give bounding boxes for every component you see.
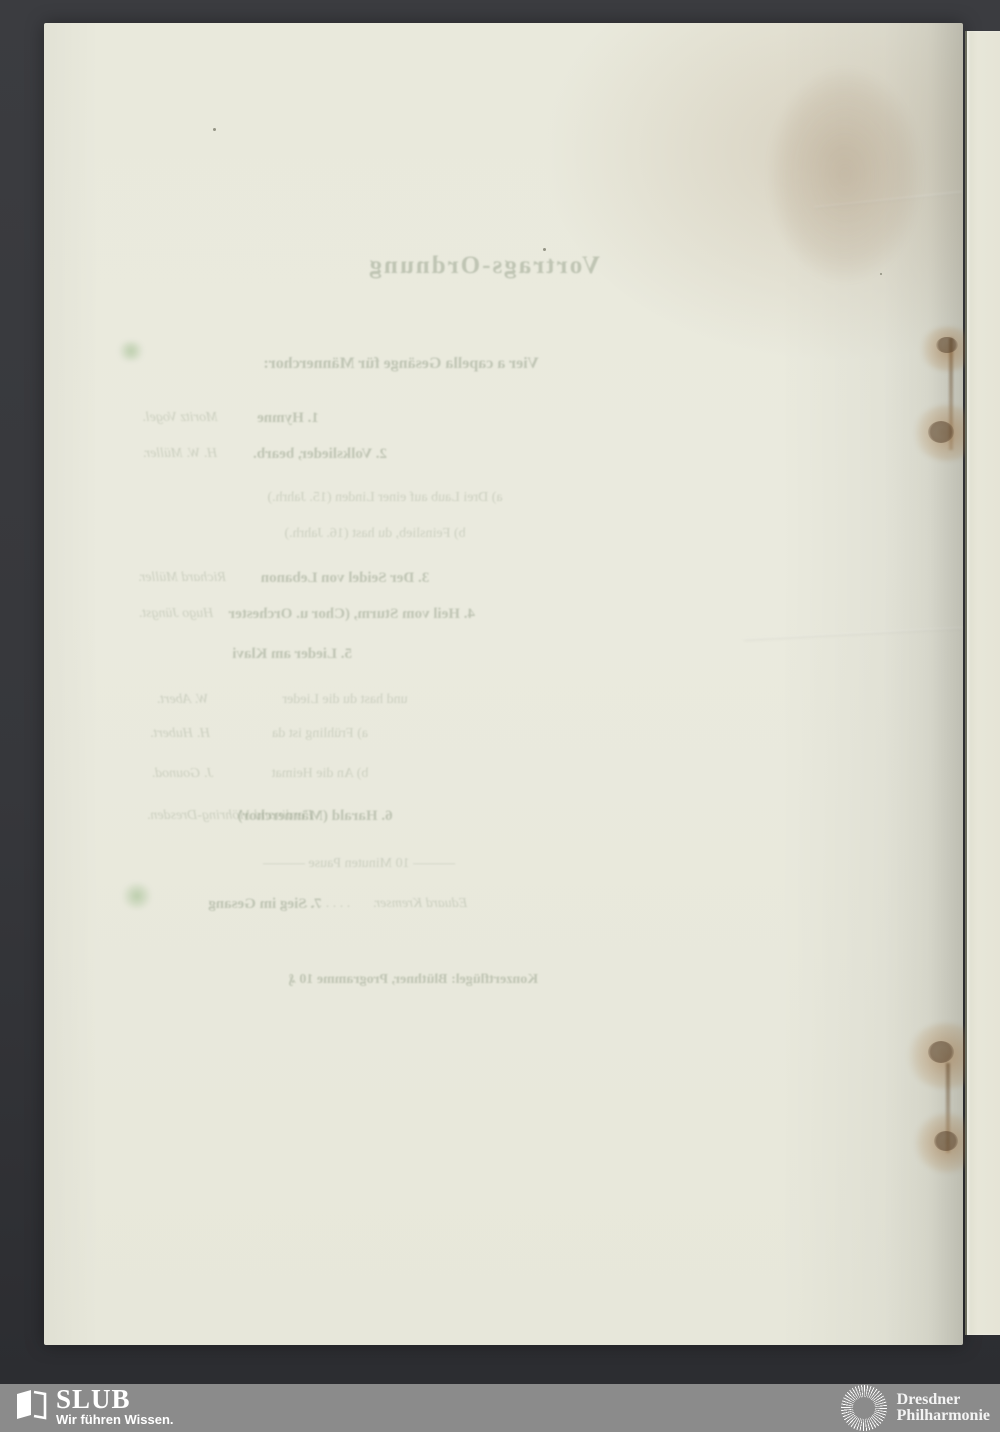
scan-page-recto-edge xyxy=(965,31,1000,1335)
bleedthrough-text-line: Eduard Kremser. xyxy=(367,896,473,911)
bleedthrough-text-line: H. Hubert. xyxy=(135,726,225,741)
bleedthrough-text-line: 3. Der Seidel von Lebanon xyxy=(240,570,450,587)
slub-tagline: Wir führen Wissen. xyxy=(56,1413,174,1427)
bleedthrough-text-line: Hugo Jüngst. xyxy=(130,606,222,621)
paper-speck xyxy=(543,248,546,251)
fold-shadow xyxy=(884,23,963,1345)
bleedthrough-text-line: W. Abert. xyxy=(135,692,230,707)
starburst-icon xyxy=(841,1385,887,1431)
bleedthrough-text-line: H. W. Müller. xyxy=(128,446,232,461)
philharmonie-logo[interactable]: Dresdner Philharmonie xyxy=(841,1385,990,1431)
book-icon xyxy=(14,1389,48,1421)
bleedthrough-text-line: Ferdinand Möhring-Dresden. xyxy=(130,808,330,823)
green-smudge xyxy=(120,883,154,909)
philharmonie-wordmark-line2: Philharmonie xyxy=(897,1408,990,1424)
starburst-center xyxy=(853,1397,875,1419)
bleedthrough-layer: Vortrags-OrdnungVier a capella Gesänge f… xyxy=(44,23,963,1345)
green-smudge xyxy=(116,341,146,361)
bleedthrough-text-line: und hast du die Lieder xyxy=(270,692,420,707)
scanned-document: Vortrags-OrdnungVier a capella Gesänge f… xyxy=(44,23,1000,1345)
bleedthrough-text-line: 2. Volkslieder, bearb. xyxy=(240,446,400,463)
bleedthrough-text-line: a) Drei Laub auf einer Linden (15. Jahrh… xyxy=(265,490,505,505)
bleedthrough-text-line: Vortrags-Ordnung xyxy=(368,252,600,280)
bleedthrough-text-line: b) Feinslieb, du hast (16. Jahrh.) xyxy=(280,526,470,541)
bleedthrough-text-line: J. Gounod. xyxy=(140,766,225,781)
scan-page-verso: Vortrags-OrdnungVier a capella Gesänge f… xyxy=(44,23,963,1345)
philharmonie-wordmark-line1: Dresdner xyxy=(897,1392,990,1408)
bleedthrough-text-line: 1. Hymne xyxy=(240,410,336,427)
bleedthrough-text-line: 4. Heil vom Sturm, (Chor u. Orchester) xyxy=(228,606,475,623)
bleedthrough-text-line: Vier a capella Gesänge für Männerchor: xyxy=(232,355,570,373)
slub-wordmark: SLUB xyxy=(56,1386,174,1412)
bleedthrough-text-line: 5. Lieder am Klavier: xyxy=(232,646,352,663)
bleedthrough-text-line: ——— 10 Minuten Pause ——— xyxy=(244,856,474,871)
bleedthrough-text-line: Richard Müller. xyxy=(128,570,236,585)
bleedthrough-text-line: a) Frühling ist da xyxy=(250,726,390,741)
bleedthrough-text-line: Moritz Vogel. xyxy=(128,410,232,425)
bleedthrough-text-line: b) An die Heimat xyxy=(255,766,385,781)
paper-speck xyxy=(213,128,216,131)
branding-footer: SLUB Wir führen Wissen. Dresdner Philhar… xyxy=(0,1384,1000,1432)
slub-logo[interactable]: SLUB Wir führen Wissen. xyxy=(14,1386,174,1427)
bleedthrough-text-line: Konzertflügel: Blüthner, Programme 10 ₰ xyxy=(280,972,547,987)
bleedthrough-text-line: . . . . . . . xyxy=(290,896,365,911)
paper-speck xyxy=(880,273,882,275)
